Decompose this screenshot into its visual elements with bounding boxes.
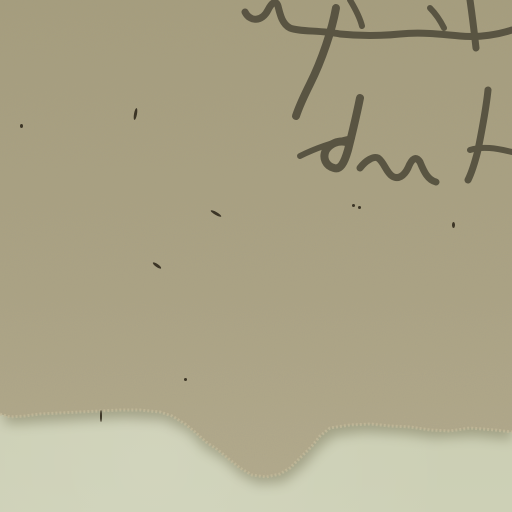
fiber-speck <box>184 378 187 381</box>
fiber-speck <box>452 222 455 228</box>
fiber-speck <box>358 206 361 209</box>
fiber-speck <box>100 410 102 422</box>
fiber-speck <box>352 204 355 207</box>
fiber-speck <box>20 124 23 128</box>
torn-paper <box>0 0 512 512</box>
